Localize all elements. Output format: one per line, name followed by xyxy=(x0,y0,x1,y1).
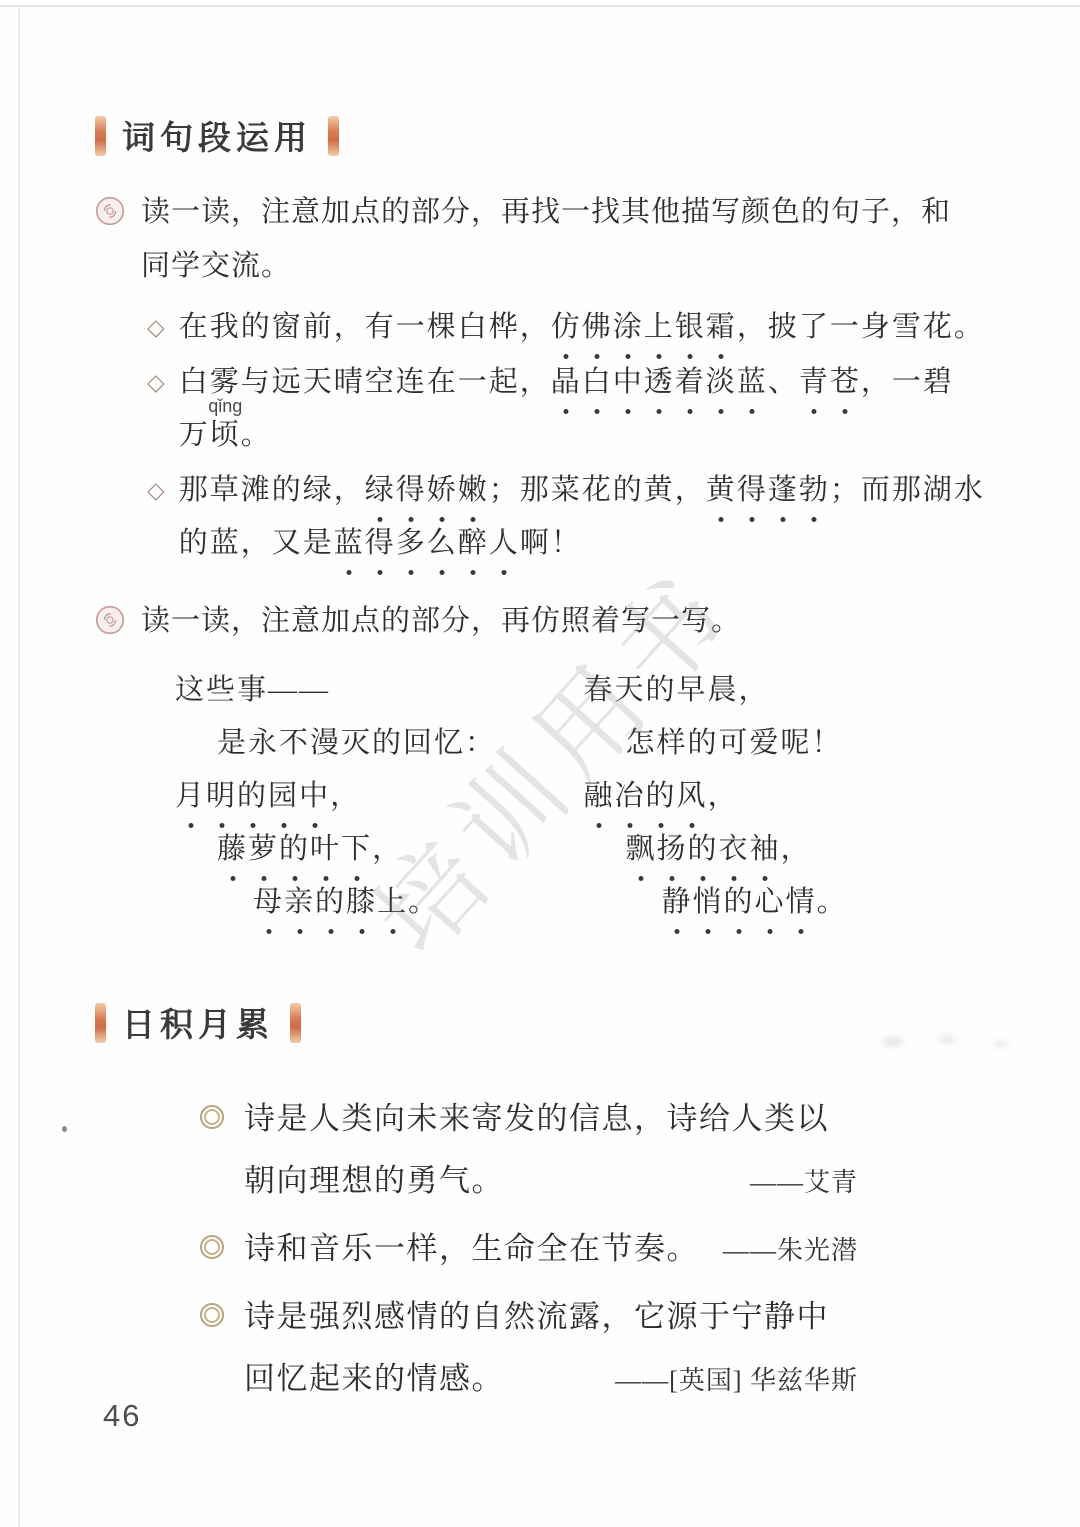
header-bar-icon xyxy=(328,116,339,156)
emphasized-text: 融冶的风 xyxy=(584,780,708,812)
double-circle-bullet-icon xyxy=(200,1303,224,1327)
poem-left: 这些事—— 是永不漫灭的回忆： 月明的园中， 藤萝的叶下， 母亲的膝上。 xyxy=(175,664,584,929)
poem-columns: 这些事—— 是永不漫灭的回忆： 月明的园中， 藤萝的叶下， 母亲的膝上。 春天的… xyxy=(175,664,992,929)
quote-line: 朝向理想的勇气。 ——艾青 xyxy=(244,1150,858,1214)
list-item: ◇ 那草滩的绿，绿得娇嫩；那菜花的黄，黄得蓬勃；而那湖水 的蓝，又是蓝得多么醉人… xyxy=(147,464,992,570)
poem-line: 春天的早晨， xyxy=(584,664,993,717)
emphasized-text: 青苍 xyxy=(799,366,861,398)
poem-line: 藤萝的叶下， xyxy=(175,823,584,876)
emphasized-text: 晶白中透着淡蓝 xyxy=(551,366,768,398)
instruction-text: 读一读，注意加点的部分，再找一找其他描写颜色的句子，和 同学交流。 xyxy=(141,185,951,293)
header-bar-icon xyxy=(95,1003,106,1043)
emphasized-text: 绿得娇嫩 xyxy=(365,474,489,506)
quote-body: 诗和音乐一样，生命全在节奏。 ——朱光潜 xyxy=(244,1218,858,1282)
example-sentence-list: ◇ 在我的窗前，有一棵白桦，仿佛涂上银霜，披了一身雪花。 ◇ 白雾与远天晴空连在… xyxy=(147,301,992,570)
scan-speck-artifact xyxy=(62,1126,67,1132)
sentence-line: 万qǐng顷。 xyxy=(179,409,954,462)
exercise1-instruction: 读一读，注意加点的部分，再找一找其他描写颜色的句子，和 同学交流。 xyxy=(95,185,992,293)
sentence-line: 在我的窗前，有一棵白桦，仿佛涂上银霜，披了一身雪花。 xyxy=(179,301,985,354)
quote-item: 诗和音乐一样，生命全在节奏。 ——朱光潜 xyxy=(200,1218,992,1282)
poem-right: 春天的早晨， 怎样的可爱呢！ 融冶的风， 飘扬的衣袖， 静悄的心情。 xyxy=(584,664,993,929)
sentence-line: 白雾与远天晴空连在一起，晶白中透着淡蓝、青苍，一碧 xyxy=(179,356,954,409)
seal-icon xyxy=(95,196,125,293)
quote-author: ——朱光潜 xyxy=(723,1220,858,1282)
emphasized-text: 仿佛涂上银霜 xyxy=(551,311,737,343)
seal-icon xyxy=(95,605,125,648)
quote-list: 诗是人类向未来寄发的信息，诗给人类以 朝向理想的勇气。 ——艾青 诗和音乐一样，… xyxy=(200,1088,992,1412)
page-number: 46 xyxy=(103,1398,141,1434)
section-header-words: 词句段运用 xyxy=(95,112,992,159)
emphasized-text: 飘扬的衣袖 xyxy=(626,833,781,865)
pinyin-annotation: qǐng xyxy=(208,397,242,415)
double-circle-bullet-icon xyxy=(200,1235,224,1259)
sentence-text: 在我的窗前，有一棵白桦，仿佛涂上银霜，披了一身雪花。 xyxy=(179,301,985,354)
quote-author: ——[英国] 华兹华斯 xyxy=(615,1350,858,1412)
diamond-bullet-icon: ◇ xyxy=(147,356,165,462)
emphasized-text: 黄得蓬勃 xyxy=(706,474,830,506)
print-bleed-artifact xyxy=(848,1020,1028,1068)
double-circle-bullet-icon xyxy=(200,1105,224,1129)
quote-author: ——艾青 xyxy=(750,1152,858,1214)
header-bar-icon xyxy=(95,116,106,156)
quote-body: 诗是人类向未来寄发的信息，诗给人类以 朝向理想的勇气。 ——艾青 xyxy=(244,1088,858,1214)
emphasized-text: 母亲的膝上 xyxy=(253,886,408,918)
sentence-line: 那草滩的绿，绿得娇嫩；那菜花的黄，黄得蓬勃；而那湖水 xyxy=(179,464,985,517)
exercise2-instruction: 读一读，注意加点的部分，再仿照着写一写。 xyxy=(95,594,992,648)
poem-line: 融冶的风， xyxy=(584,770,993,823)
poem-line: 静悄的心情。 xyxy=(584,876,993,929)
poem-line: 怎样的可爱呢！ xyxy=(584,717,993,770)
poem-line: 月明的园中， xyxy=(175,770,584,823)
sentence-text: 白雾与远天晴空连在一起，晶白中透着淡蓝、青苍，一碧 万qǐng顷。 xyxy=(179,356,954,462)
quote-line: 诗和音乐一样，生命全在节奏。 ——朱光潜 xyxy=(244,1218,858,1282)
instruction-text: 读一读，注意加点的部分，再仿照着写一写。 xyxy=(141,594,741,648)
instruction-line: 读一读，注意加点的部分，再找一找其他描写颜色的句子，和 xyxy=(141,185,951,239)
quote-line: 诗是强烈感情的自然流露，它源于宁静中 xyxy=(244,1286,858,1348)
poem-line: 母亲的膝上。 xyxy=(175,876,584,929)
diamond-bullet-icon: ◇ xyxy=(147,464,165,570)
quote-line: 诗是人类向未来寄发的信息，诗给人类以 xyxy=(244,1088,858,1150)
quote-line: 回忆起来的情感。 ——[英国] 华兹华斯 xyxy=(244,1348,858,1412)
sentence-line: 的蓝，又是蓝得多么醉人啊！ xyxy=(179,517,985,570)
instruction-line: 同学交流。 xyxy=(141,239,951,293)
pinyin-host: qǐng顷 xyxy=(210,419,241,451)
emphasized-text: 静悄的心情 xyxy=(662,886,817,918)
quote-item: 诗是人类向未来寄发的信息，诗给人类以 朝向理想的勇气。 ——艾青 xyxy=(200,1088,992,1214)
section-title: 日积月累 xyxy=(122,999,274,1046)
emphasized-text: 月明的园中 xyxy=(175,780,330,812)
sentence-text: 那草滩的绿，绿得娇嫩；那菜花的黄，黄得蓬勃；而那湖水 的蓝，又是蓝得多么醉人啊！ xyxy=(179,464,985,570)
quote-body: 诗是强烈感情的自然流露，它源于宁静中 回忆起来的情感。 ——[英国] 华兹华斯 xyxy=(244,1286,858,1412)
quote-item: 诗是强烈感情的自然流露，它源于宁静中 回忆起来的情感。 ——[英国] 华兹华斯 xyxy=(200,1286,992,1412)
textbook-page: 词句段运用 读一读，注意加点的部分，再找一找其他描写颜色的句子，和 同学交流。 xyxy=(0,0,1080,1527)
emphasized-text: 藤萝的叶下 xyxy=(217,833,372,865)
instruction-line: 读一读，注意加点的部分，再仿照着写一写。 xyxy=(141,594,741,648)
poem-line: 是永不漫灭的回忆： xyxy=(175,717,584,770)
section-title: 词句段运用 xyxy=(122,112,312,159)
emphasized-text: 蓝得多么醉人 xyxy=(334,527,520,559)
poem-line: 飘扬的衣袖， xyxy=(584,823,993,876)
poem-line: 这些事—— xyxy=(175,664,584,717)
header-bar-icon xyxy=(290,1003,301,1043)
page-content: 词句段运用 读一读，注意加点的部分，再找一找其他描写颜色的句子，和 同学交流。 xyxy=(0,0,1080,1412)
diamond-bullet-icon: ◇ xyxy=(147,301,165,354)
list-item: ◇ 在我的窗前，有一棵白桦，仿佛涂上银霜，披了一身雪花。 xyxy=(147,301,992,354)
list-item: ◇ 白雾与远天晴空连在一起，晶白中透着淡蓝、青苍，一碧 万qǐng顷。 xyxy=(147,356,992,462)
